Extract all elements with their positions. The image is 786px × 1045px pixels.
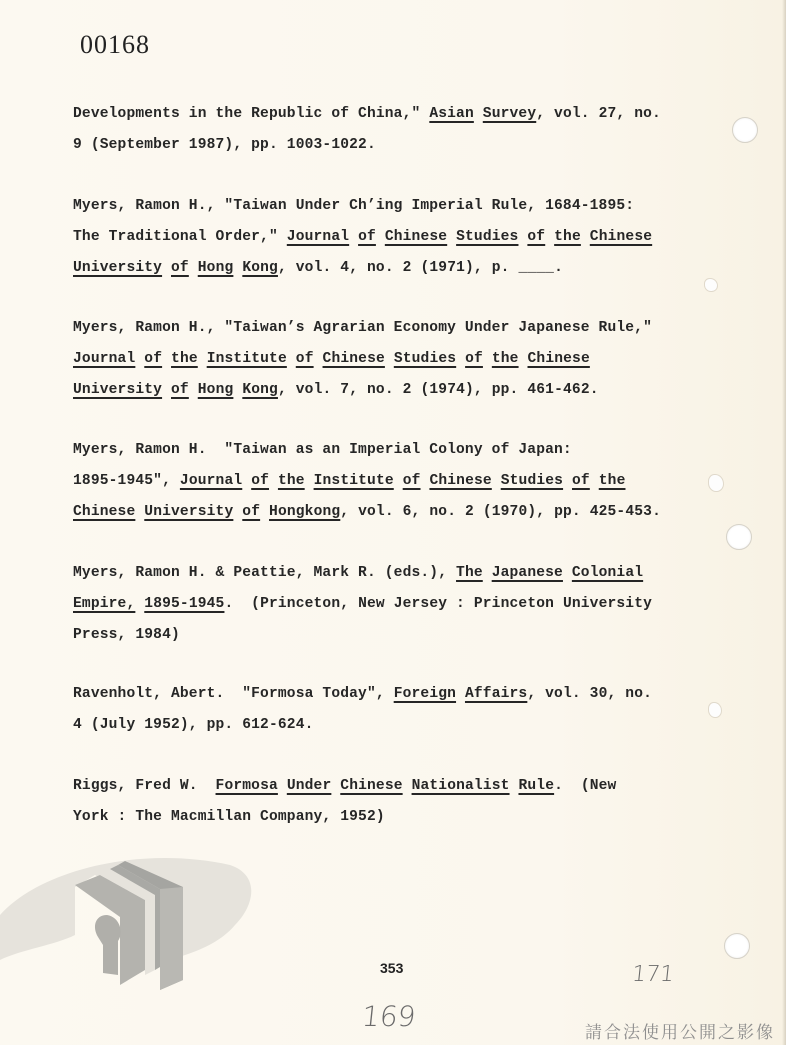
underlined-title-word: Kong bbox=[242, 382, 278, 398]
citation-text bbox=[269, 473, 278, 489]
citation-text bbox=[581, 229, 590, 245]
citation-text bbox=[519, 351, 528, 367]
entry-line: Journal of the Institute of Chinese Stud… bbox=[73, 344, 723, 375]
citation-text: . (Princeton, New Jersey : Princeton Uni… bbox=[224, 596, 652, 612]
citation-text bbox=[135, 596, 144, 612]
underlined-title-word: Kong bbox=[242, 260, 278, 276]
entry-line: 9 (September 1987), pp. 1003-1022. bbox=[73, 130, 723, 161]
citation-text: , vol. 4, no. 2 (1971), p. ____. bbox=[278, 260, 563, 276]
handwritten-note: 171 bbox=[631, 962, 676, 987]
bibliography-entry: Developments in the Republic of China," … bbox=[73, 99, 723, 161]
citation-text bbox=[590, 473, 599, 489]
underlined-title-word: Institute bbox=[314, 473, 394, 489]
citation-text bbox=[456, 686, 465, 702]
entry-line: York : The Macmillan Company, 1952) bbox=[73, 802, 723, 833]
underlined-title-word: of bbox=[403, 473, 421, 489]
usage-watermark-text: 請合法使用公開之影像 bbox=[585, 1018, 775, 1043]
book-keyhole-logo-icon bbox=[0, 845, 260, 1005]
entry-line: Myers, Ramon H. "Taiwan as an Imperial C… bbox=[73, 435, 723, 466]
underlined-title-word: University bbox=[73, 382, 162, 398]
bibliography-entry: Myers, Ramon H. "Taiwan as an Imperial C… bbox=[73, 435, 723, 528]
underlined-title-word: the bbox=[171, 351, 198, 367]
page-number: 353 bbox=[380, 960, 403, 976]
entry-line: University of Hong Kong, vol. 4, no. 2 (… bbox=[73, 253, 723, 284]
underlined-title-word: the bbox=[599, 473, 626, 489]
citation-text: 9 (September 1987), pp. 1003-1022. bbox=[73, 137, 376, 153]
underlined-title-word: Hong bbox=[198, 382, 234, 398]
entry-line: Myers, Ramon H. & Peattie, Mark R. (eds.… bbox=[73, 558, 723, 589]
underlined-title-word: Empire, bbox=[73, 596, 135, 612]
underlined-title-word: University bbox=[144, 504, 233, 520]
citation-text: Ravenholt, Abert. "Formosa Today", bbox=[73, 686, 394, 702]
scanned-page: 00168 Developments in the Republic of Ch… bbox=[0, 0, 786, 1045]
underlined-title-word: of bbox=[572, 473, 590, 489]
underlined-title-word: Journal bbox=[180, 473, 242, 489]
citation-text bbox=[563, 473, 572, 489]
bibliography-entry: Riggs, Fred W. Formosa Under Chinese Nat… bbox=[73, 771, 723, 833]
citation-text bbox=[305, 473, 314, 489]
underlined-title-word: Affairs bbox=[465, 686, 527, 702]
underlined-title-word: Japanese bbox=[492, 565, 563, 581]
underlined-title-word: Foreign bbox=[394, 686, 456, 702]
underlined-title-word: Hongkong bbox=[269, 504, 340, 520]
citation-text: , vol. 6, no. 2 (1970), pp. 425-453. bbox=[340, 504, 661, 520]
citation-text: , vol. 27, no. bbox=[536, 106, 661, 122]
citation-text: York : The Macmillan Company, 1952) bbox=[73, 809, 385, 825]
underlined-title-word: 1895-1945 bbox=[144, 596, 224, 612]
citation-text bbox=[287, 351, 296, 367]
underlined-title-word: Colonial bbox=[572, 565, 643, 581]
underlined-title-word: Chinese bbox=[340, 778, 402, 794]
underlined-title-word: Journal bbox=[73, 351, 135, 367]
underlined-title-word: Asian bbox=[429, 106, 474, 122]
underlined-title-word: Chinese bbox=[429, 473, 491, 489]
underlined-title-word: of bbox=[296, 351, 314, 367]
citation-text bbox=[242, 473, 251, 489]
citation-text bbox=[545, 229, 554, 245]
citation-text bbox=[233, 260, 242, 276]
underlined-title-word: Hong bbox=[198, 260, 234, 276]
entry-line: Empire, 1895-1945. (Princeton, New Jerse… bbox=[73, 589, 723, 620]
citation-text bbox=[198, 351, 207, 367]
underlined-title-word: Rule bbox=[518, 778, 554, 794]
page-edge-shadow bbox=[782, 0, 786, 1045]
hole-punch bbox=[732, 117, 758, 143]
underlined-title-word: Formosa bbox=[216, 778, 278, 794]
entry-line: The Traditional Order," Journal of Chine… bbox=[73, 222, 723, 253]
citation-text bbox=[135, 351, 144, 367]
underlined-title-word: of bbox=[242, 504, 260, 520]
citation-text bbox=[162, 351, 171, 367]
underlined-title-word: of bbox=[171, 382, 189, 398]
bibliography-entry: Myers, Ramon H., "Taiwan’s Agrarian Econ… bbox=[73, 313, 723, 406]
citation-text: Press, 1984) bbox=[73, 627, 180, 643]
underlined-title-word: of bbox=[527, 229, 545, 245]
underlined-title-word: of bbox=[251, 473, 269, 489]
citation-text bbox=[135, 504, 144, 520]
underlined-title-word: The bbox=[456, 565, 483, 581]
citation-text bbox=[474, 106, 483, 122]
citation-text: 4 (July 1952), pp. 612-624. bbox=[73, 717, 314, 733]
citation-text bbox=[189, 260, 198, 276]
underlined-title-word: Chinese bbox=[590, 229, 652, 245]
bibliography-entry: Ravenholt, Abert. "Formosa Today", Forei… bbox=[73, 679, 723, 741]
entry-line: Chinese University of Hongkong, vol. 6, … bbox=[73, 497, 723, 528]
document-number: 00168 bbox=[80, 30, 150, 60]
entry-line: Myers, Ramon H., "Taiwan Under Ch’ing Im… bbox=[73, 191, 723, 222]
entry-line: Myers, Ramon H., "Taiwan’s Agrarian Econ… bbox=[73, 313, 723, 344]
citation-text bbox=[376, 229, 385, 245]
citation-text bbox=[189, 382, 198, 398]
citation-text bbox=[349, 229, 358, 245]
entry-line: Ravenholt, Abert. "Formosa Today", Forei… bbox=[73, 679, 723, 710]
entry-line: Developments in the Republic of China," … bbox=[73, 99, 723, 130]
citation-text: Developments in the Republic of China," bbox=[73, 106, 429, 122]
underlined-title-word: Studies bbox=[394, 351, 456, 367]
underlined-title-word: the bbox=[554, 229, 581, 245]
citation-text bbox=[563, 565, 572, 581]
citation-text bbox=[233, 504, 242, 520]
entry-line: Riggs, Fred W. Formosa Under Chinese Nat… bbox=[73, 771, 723, 802]
citation-text bbox=[394, 473, 403, 489]
underlined-title-word: Chinese bbox=[323, 351, 385, 367]
citation-text: Myers, Ramon H., "Taiwan’s Agrarian Econ… bbox=[73, 320, 652, 336]
citation-text bbox=[483, 351, 492, 367]
bibliography-entry: Myers, Ramon H., "Taiwan Under Ch’ing Im… bbox=[73, 191, 723, 284]
paper-speck bbox=[708, 702, 722, 718]
paper-speck bbox=[708, 474, 724, 492]
underlined-title-word: the bbox=[278, 473, 305, 489]
citation-text bbox=[260, 504, 269, 520]
citation-text bbox=[162, 260, 171, 276]
underlined-title-word: Chinese bbox=[528, 351, 590, 367]
underlined-title-word: Nationalist bbox=[412, 778, 510, 794]
citation-text: Myers, Ramon H. "Taiwan as an Imperial C… bbox=[73, 442, 572, 458]
citation-text bbox=[447, 229, 456, 245]
paper-speck bbox=[704, 278, 718, 292]
underlined-title-word: Chinese bbox=[73, 504, 135, 520]
citation-text: 1895-1945", bbox=[73, 473, 180, 489]
underlined-title-word: the bbox=[492, 351, 519, 367]
citation-text bbox=[314, 351, 323, 367]
citation-text: , vol. 7, no. 2 (1974), pp. 461-462. bbox=[278, 382, 599, 398]
entry-line: University of Hong Kong, vol. 7, no. 2 (… bbox=[73, 375, 723, 406]
hole-punch bbox=[724, 933, 750, 959]
underlined-title-word: Under bbox=[287, 778, 332, 794]
underlined-title-word: Studies bbox=[501, 473, 563, 489]
hole-punch bbox=[726, 524, 752, 550]
citation-text: The Traditional Order," bbox=[73, 229, 287, 245]
citation-text: , vol. 30, no. bbox=[527, 686, 652, 702]
underlined-title-word: Journal bbox=[287, 229, 349, 245]
citation-text bbox=[483, 565, 492, 581]
underlined-title-word: of bbox=[358, 229, 376, 245]
entry-line: 1895-1945", Journal of the Institute of … bbox=[73, 466, 723, 497]
citation-text bbox=[456, 351, 465, 367]
bibliography-entry: Myers, Ramon H. & Peattie, Mark R. (eds.… bbox=[73, 558, 723, 651]
entry-line: Press, 1984) bbox=[73, 620, 723, 651]
citation-text bbox=[278, 778, 287, 794]
entry-line: 4 (July 1952), pp. 612-624. bbox=[73, 710, 723, 741]
handwritten-note: 169 bbox=[360, 1000, 417, 1033]
underlined-title-word: University bbox=[73, 260, 162, 276]
citation-text bbox=[331, 778, 340, 794]
underlined-title-word: of bbox=[144, 351, 162, 367]
citation-text bbox=[403, 778, 412, 794]
underlined-title-word: Chinese bbox=[385, 229, 447, 245]
citation-text bbox=[162, 382, 171, 398]
citation-text bbox=[233, 382, 242, 398]
underlined-title-word: Survey bbox=[483, 106, 536, 122]
underlined-title-word: Studies bbox=[456, 229, 518, 245]
citation-text: Myers, Ramon H., "Taiwan Under Ch’ing Im… bbox=[73, 198, 634, 214]
citation-text bbox=[492, 473, 501, 489]
citation-text: Riggs, Fred W. bbox=[73, 778, 216, 794]
citation-text: . (New bbox=[554, 778, 616, 794]
underlined-title-word: of bbox=[171, 260, 189, 276]
citation-text: Myers, Ramon H. & Peattie, Mark R. (eds.… bbox=[73, 565, 456, 581]
underlined-title-word: Institute bbox=[207, 351, 287, 367]
citation-text bbox=[385, 351, 394, 367]
underlined-title-word: of bbox=[465, 351, 483, 367]
